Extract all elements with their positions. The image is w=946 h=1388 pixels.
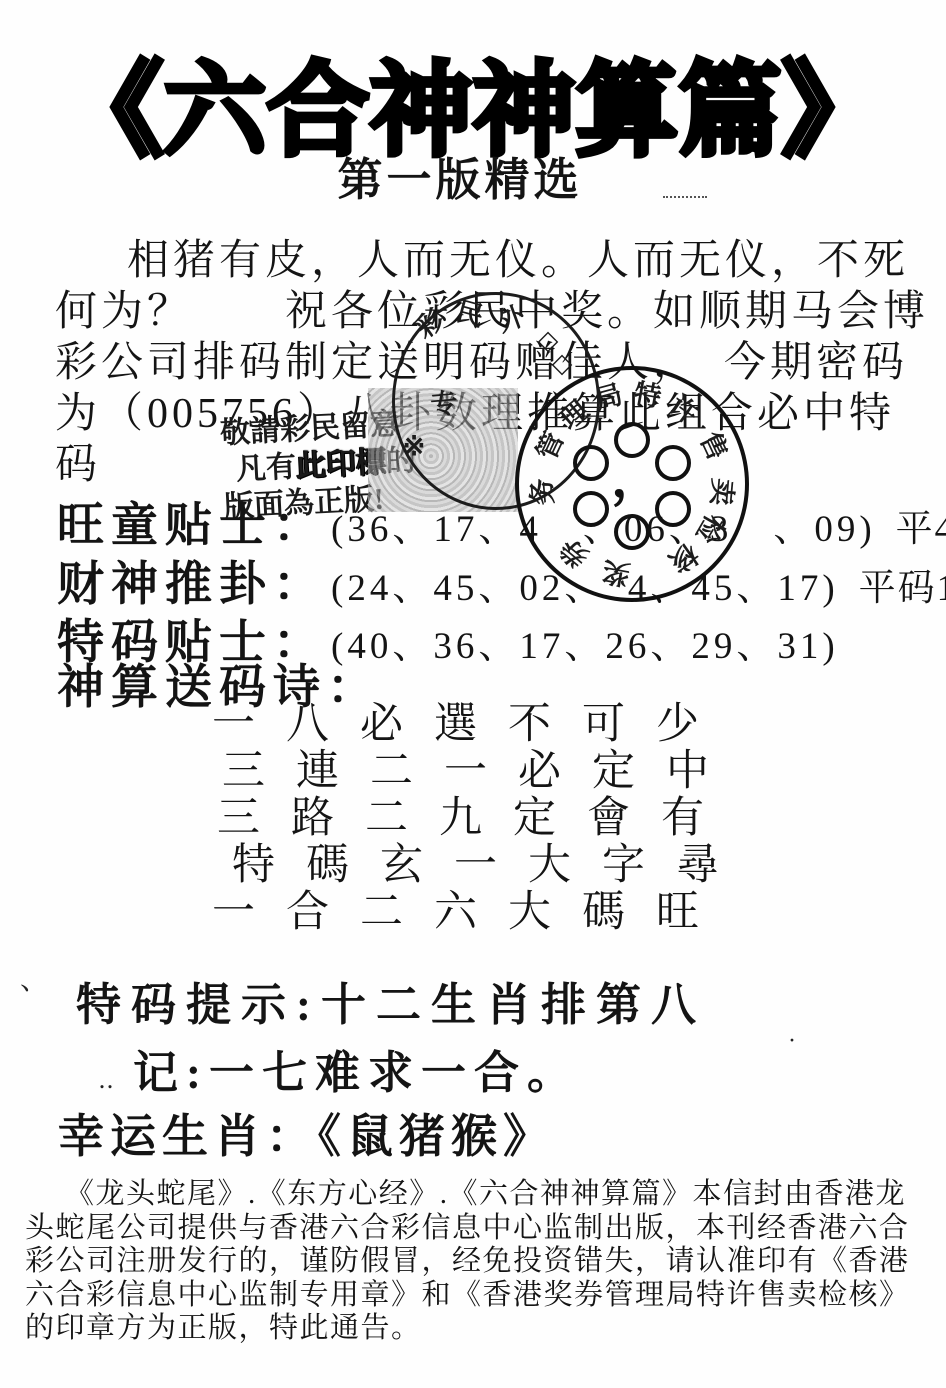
special-code-hint: 特码提示:十二生肖排第八 bbox=[76, 968, 706, 1033]
footer-line: 六合彩信息中心监制专用章》和《香港奖券管理局特许售卖检核》 bbox=[25, 1279, 935, 1313]
scan-speck: · bbox=[788, 1028, 796, 1055]
page-subtitle: 第一版精选 bbox=[0, 143, 920, 208]
tip-label: 旺童贴士： bbox=[57, 488, 327, 555]
footer-line: 《龙头蛇尾》.《东方心经》.《六合神神算篇》本信封由香港龙 bbox=[25, 1178, 935, 1212]
grey-watermark-block bbox=[368, 388, 518, 512]
tip-numbers: (24、45、02、 4、45、17) bbox=[331, 557, 839, 611]
intro-line: 相猪有皮，人而无仪。人而无仪，不死 bbox=[55, 236, 923, 287]
footer-paragraph: 《龙头蛇尾》.《东方心经》.《六合神神算篇》本信封由香港龙 头蛇尾公司提供与香港… bbox=[25, 1178, 935, 1346]
scan-speck: 、 bbox=[20, 958, 48, 998]
scan-page: 《六合神神算篇》 第一版精选 相猪有皮，人而无仪。人而无仪，不死 何为？ 祝各位… bbox=[0, 0, 946, 1388]
poem-line: 一八必選不可少 bbox=[212, 701, 750, 748]
remember-hint: 记:一七难求一合。 bbox=[133, 1036, 580, 1101]
tip-extra: 平43 bbox=[896, 498, 946, 552]
scan-dotted-line bbox=[663, 196, 707, 198]
tip-extra: 平码16 bbox=[859, 557, 946, 611]
footer-line: 的印章方为正版，特此通告。 bbox=[25, 1312, 935, 1346]
tip-numbers: (40、36、17、26、29、31) bbox=[331, 615, 839, 669]
notice-text: 凡有 bbox=[235, 450, 297, 486]
poem-line: 三路二九定會有 bbox=[217, 795, 750, 842]
intro-line: 何为？ 祝各位彩民中奖。如顺期马会博 bbox=[55, 287, 923, 338]
tip-row-caishen: 财神推卦： (24、45、02、 4、45、17) 平码16 bbox=[57, 547, 946, 614]
poem-line: 特碼玄一大字尋 bbox=[232, 842, 750, 889]
code-poem: 一八必選不可少 三連二一必定中 三路二九定會有 特碼玄一大字尋 一合二六大碼旺 bbox=[212, 701, 750, 936]
tip-label: 财神推卦： bbox=[57, 547, 327, 614]
scan-speck: ‥ bbox=[98, 1066, 114, 1095]
poem-line: 三連二一必定中 bbox=[222, 748, 750, 795]
footer-line: 头蛇尾公司提供与香港六合彩信息中心监制出版，本刊经香港六合 bbox=[25, 1212, 935, 1246]
poem-line: 一合二六大碼旺 bbox=[212, 889, 750, 936]
intro-line: 彩公司排码制定送明码赠佳人， 今期密码 bbox=[55, 338, 923, 389]
footer-line: 彩公司注册发行的，谨防假冒，经免投资错失，请认准印有《香港 bbox=[25, 1245, 935, 1279]
lucky-zodiac-line: 幸运生肖：《鼠猪猴》 bbox=[58, 1100, 555, 1166]
